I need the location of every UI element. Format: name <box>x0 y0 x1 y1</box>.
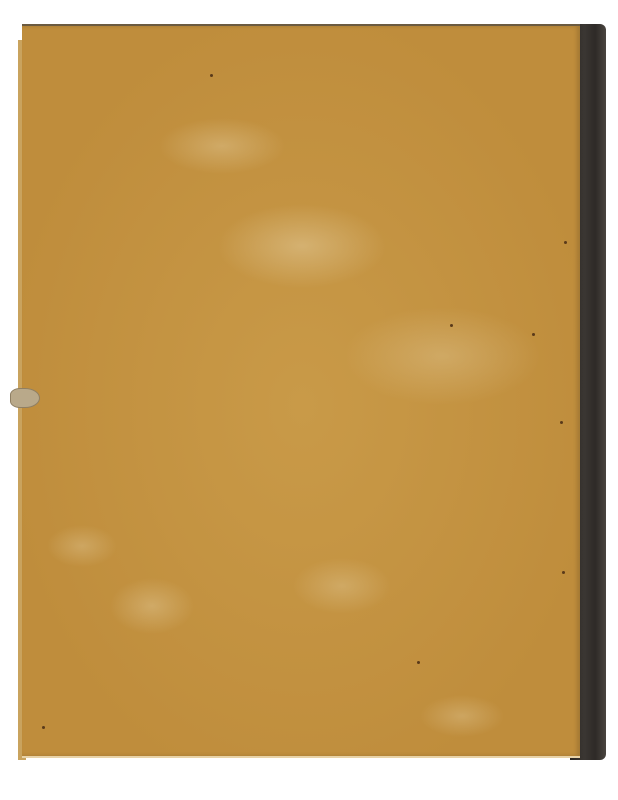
foxing-spot <box>42 726 45 729</box>
foxing-spot <box>210 74 213 77</box>
foxing-spot <box>560 421 563 424</box>
foxing-spot <box>417 661 420 664</box>
foxing-spot <box>450 324 453 327</box>
foxing-spot <box>562 571 565 574</box>
book-back-cover <box>22 24 580 758</box>
closure-tab <box>10 388 40 408</box>
foxing-spot <box>564 241 567 244</box>
foxing-spot <box>532 333 535 336</box>
